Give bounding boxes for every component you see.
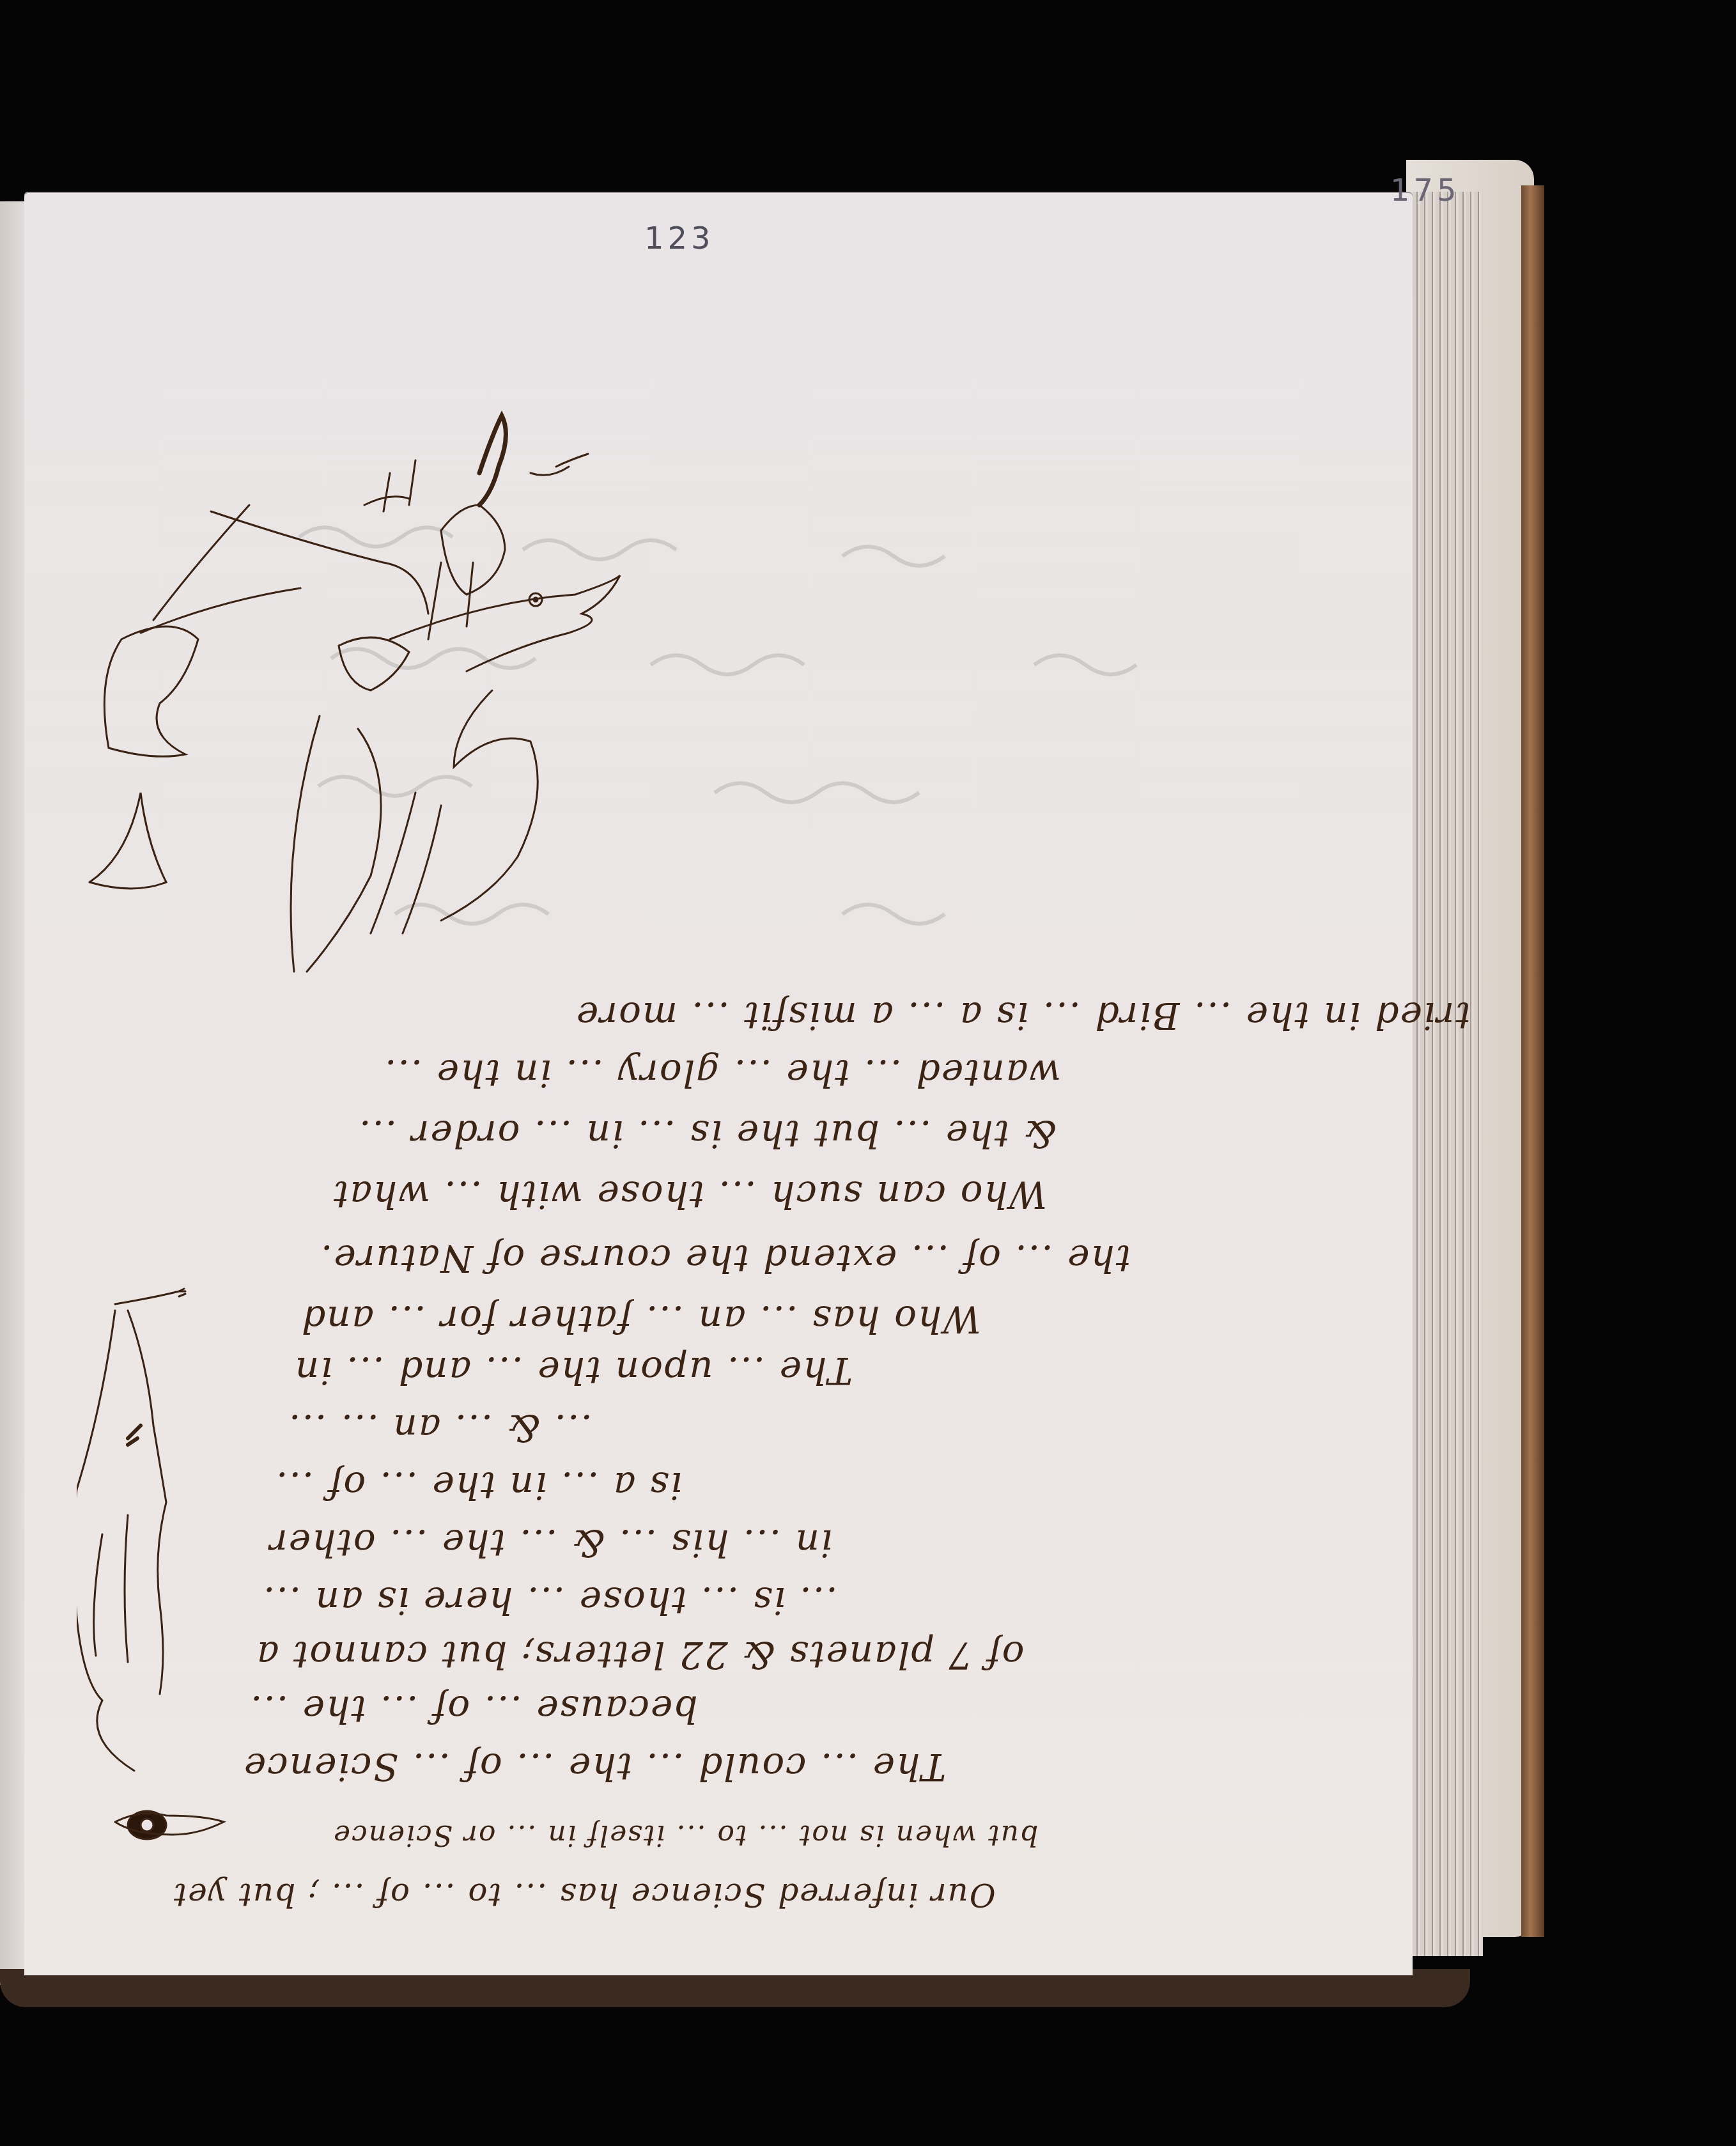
manuscript-line: tried in the ... Bird ... is a ... a mis… — [575, 994, 1471, 1038]
book-cover-edge — [1521, 185, 1544, 1937]
manuscript-line: is a ... in the ... of ... — [275, 1464, 682, 1507]
manuscript-line: the ... of ... extend the course of Natu… — [320, 1237, 1131, 1280]
manuscript-line: of 7 planets & 22 letters; but cannot a — [256, 1633, 1024, 1677]
outer-folio-number: 175 — [1390, 173, 1461, 208]
manuscript-line: in ... his ... & ... the ... other — [268, 1521, 833, 1565]
winged-bird-creatures-sketch — [83, 396, 633, 1010]
manuscript-line: ... & ... an ... ... — [288, 1406, 593, 1450]
manuscript-line: but when is not ... to ... itself in ...… — [332, 1819, 1038, 1851]
page-fore-edge — [1413, 192, 1483, 1956]
manuscript-line: ... is ... those ... here is an ... — [262, 1579, 838, 1622]
figure-with-ram-head-sketch — [77, 1272, 230, 1847]
manuscript-line: Who can such ... those with ... what — [332, 1173, 1047, 1217]
manuscript-line: Who has ... an ... father for ... and — [300, 1298, 981, 1341]
folio-number: 123 — [644, 221, 715, 256]
manuscript-line: The ... could ... the ... of ... Science — [243, 1745, 946, 1789]
manuscript-line: The ... upon the ... and ... in — [294, 1349, 853, 1392]
manuscript-line: wanted ... the ... glory ... in the ... — [384, 1052, 1061, 1095]
manuscript-line: & the ... but the is ... in ... order ..… — [358, 1112, 1057, 1156]
manuscript-line: Our inferred Science has ... to ... of .… — [173, 1876, 996, 1913]
manuscript-line: because ... of ... the ... — [249, 1688, 697, 1731]
